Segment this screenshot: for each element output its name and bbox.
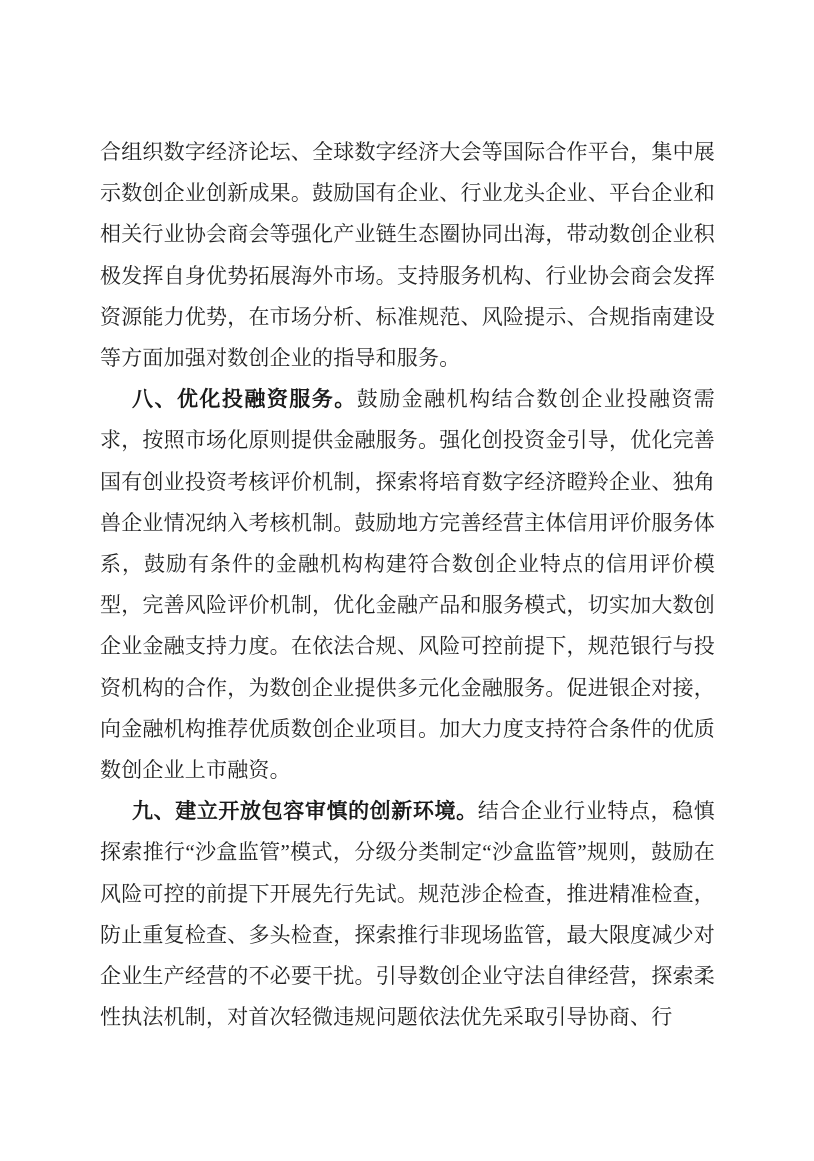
paragraph-text: 结合企业行业特点，稳慎探索推行“沙盒监管”模式，分级分类制定“沙盒监管”规则，鼓… [100,799,715,1029]
section-heading-8: 八、优化投融资服务。 [132,388,357,411]
paragraph-section-8: 八、优化投融资服务。鼓励金融机构结合数创企业投融资需求，按照市场化原则提供金融服… [100,379,715,791]
paragraph-text: 合组织数字经济论坛、全球数字经济大会等国际合作平台，集中展示数创企业创新成果。鼓… [100,140,715,370]
paragraph-continuation: 合组织数字经济论坛、全球数字经济大会等国际合作平台，集中展示数创企业创新成果。鼓… [100,132,715,379]
document-body: 合组织数字经济论坛、全球数字经济大会等国际合作平台，集中展示数创企业创新成果。鼓… [100,132,715,1038]
paragraph-text: 鼓励金融机构结合数创企业投融资需求，按照市场化原则提供金融服务。强化创投资金引导… [100,387,715,782]
document-page: 合组织数字经济论坛、全球数字经济大会等国际合作平台，集中展示数创企业创新成果。鼓… [0,0,814,1161]
section-heading-9: 九、建立开放包容审慎的创新环境。 [132,800,478,823]
paragraph-section-9: 九、建立开放包容审慎的创新环境。结合企业行业特点，稳慎探索推行“沙盒监管”模式，… [100,791,715,1038]
